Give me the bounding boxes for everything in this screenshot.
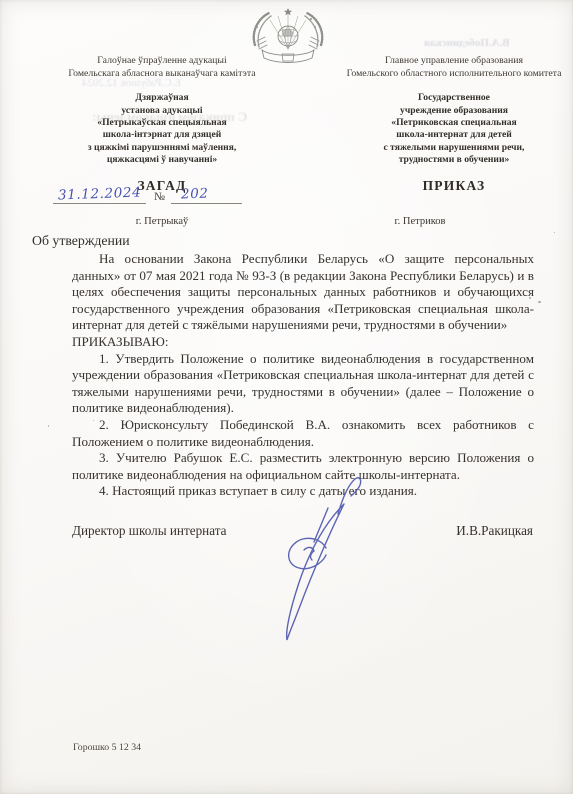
org-name-line: Главное управление образования <box>336 55 572 68</box>
orders-intro: ПРИКАЗЫВАЮ: <box>72 334 534 351</box>
city-russian: г. Петриков <box>300 216 540 227</box>
org-name-line: Гомельскага абласнога выканаўчага камітэ… <box>22 68 302 81</box>
letterhead-russian: Главное управление образования Гомельско… <box>336 55 572 194</box>
number-sign: № <box>154 191 165 203</box>
handwritten-number: 202 <box>181 186 209 203</box>
bleedthrough-text: В.А.Побединская <box>424 37 510 49</box>
document-type-russian: ПРИКАЗ <box>336 178 572 194</box>
scan-speck <box>554 232 555 233</box>
handwritten-date: 31.12.2024 <box>58 185 142 204</box>
scanned-order-document: В.А.Побединская Е.С.Рабушок 12.2024 С пр… <box>0 0 573 794</box>
scan-speck <box>538 301 541 303</box>
org-name-line: Галоўнае ўпраўленне адукацыі <box>22 55 302 68</box>
letterhead-belarusian: Галоўнае ўпраўленне адукацыі Гомельскага… <box>22 55 302 194</box>
scan-speck <box>93 420 94 421</box>
institution-name: Государственное учреждение образования «… <box>336 92 572 166</box>
number-field: 202 <box>171 185 242 204</box>
date-number-row: 31.12.2024 № 202 <box>53 186 242 204</box>
scan-speck <box>529 297 531 299</box>
subject-line: Об утверждении <box>32 233 130 249</box>
date-field: 31.12.2024 <box>53 185 146 204</box>
institution-name: Дзяржаўная установа адукацыі «Петрыкаўск… <box>22 92 302 166</box>
org-name-line: Гомельского областного исполнительного к… <box>336 68 572 81</box>
scan-speck <box>48 425 49 427</box>
order-body: На основании Закона Республики Беларусь … <box>72 251 534 500</box>
letterhead: Галоўнае ўпраўленне адукацыі Гомельскага… <box>0 55 573 194</box>
signer-position: Директор школы интерната <box>72 523 227 539</box>
scan-speck <box>167 391 169 392</box>
executor-contact: Горошко 5 12 34 <box>73 742 141 753</box>
signer-name: И.В.Ракицкая <box>456 523 533 539</box>
order-item-2: 2. Юрисконсульту Побединской В.А. ознако… <box>72 417 534 450</box>
signature-ink-icon <box>268 470 372 705</box>
order-item-1: 1. Утвердить Положение о политике видеон… <box>72 351 534 417</box>
city-belarusian: г. Петрыкаў <box>22 216 302 227</box>
preamble-paragraph: На основании Закона Республики Беларусь … <box>72 251 534 334</box>
